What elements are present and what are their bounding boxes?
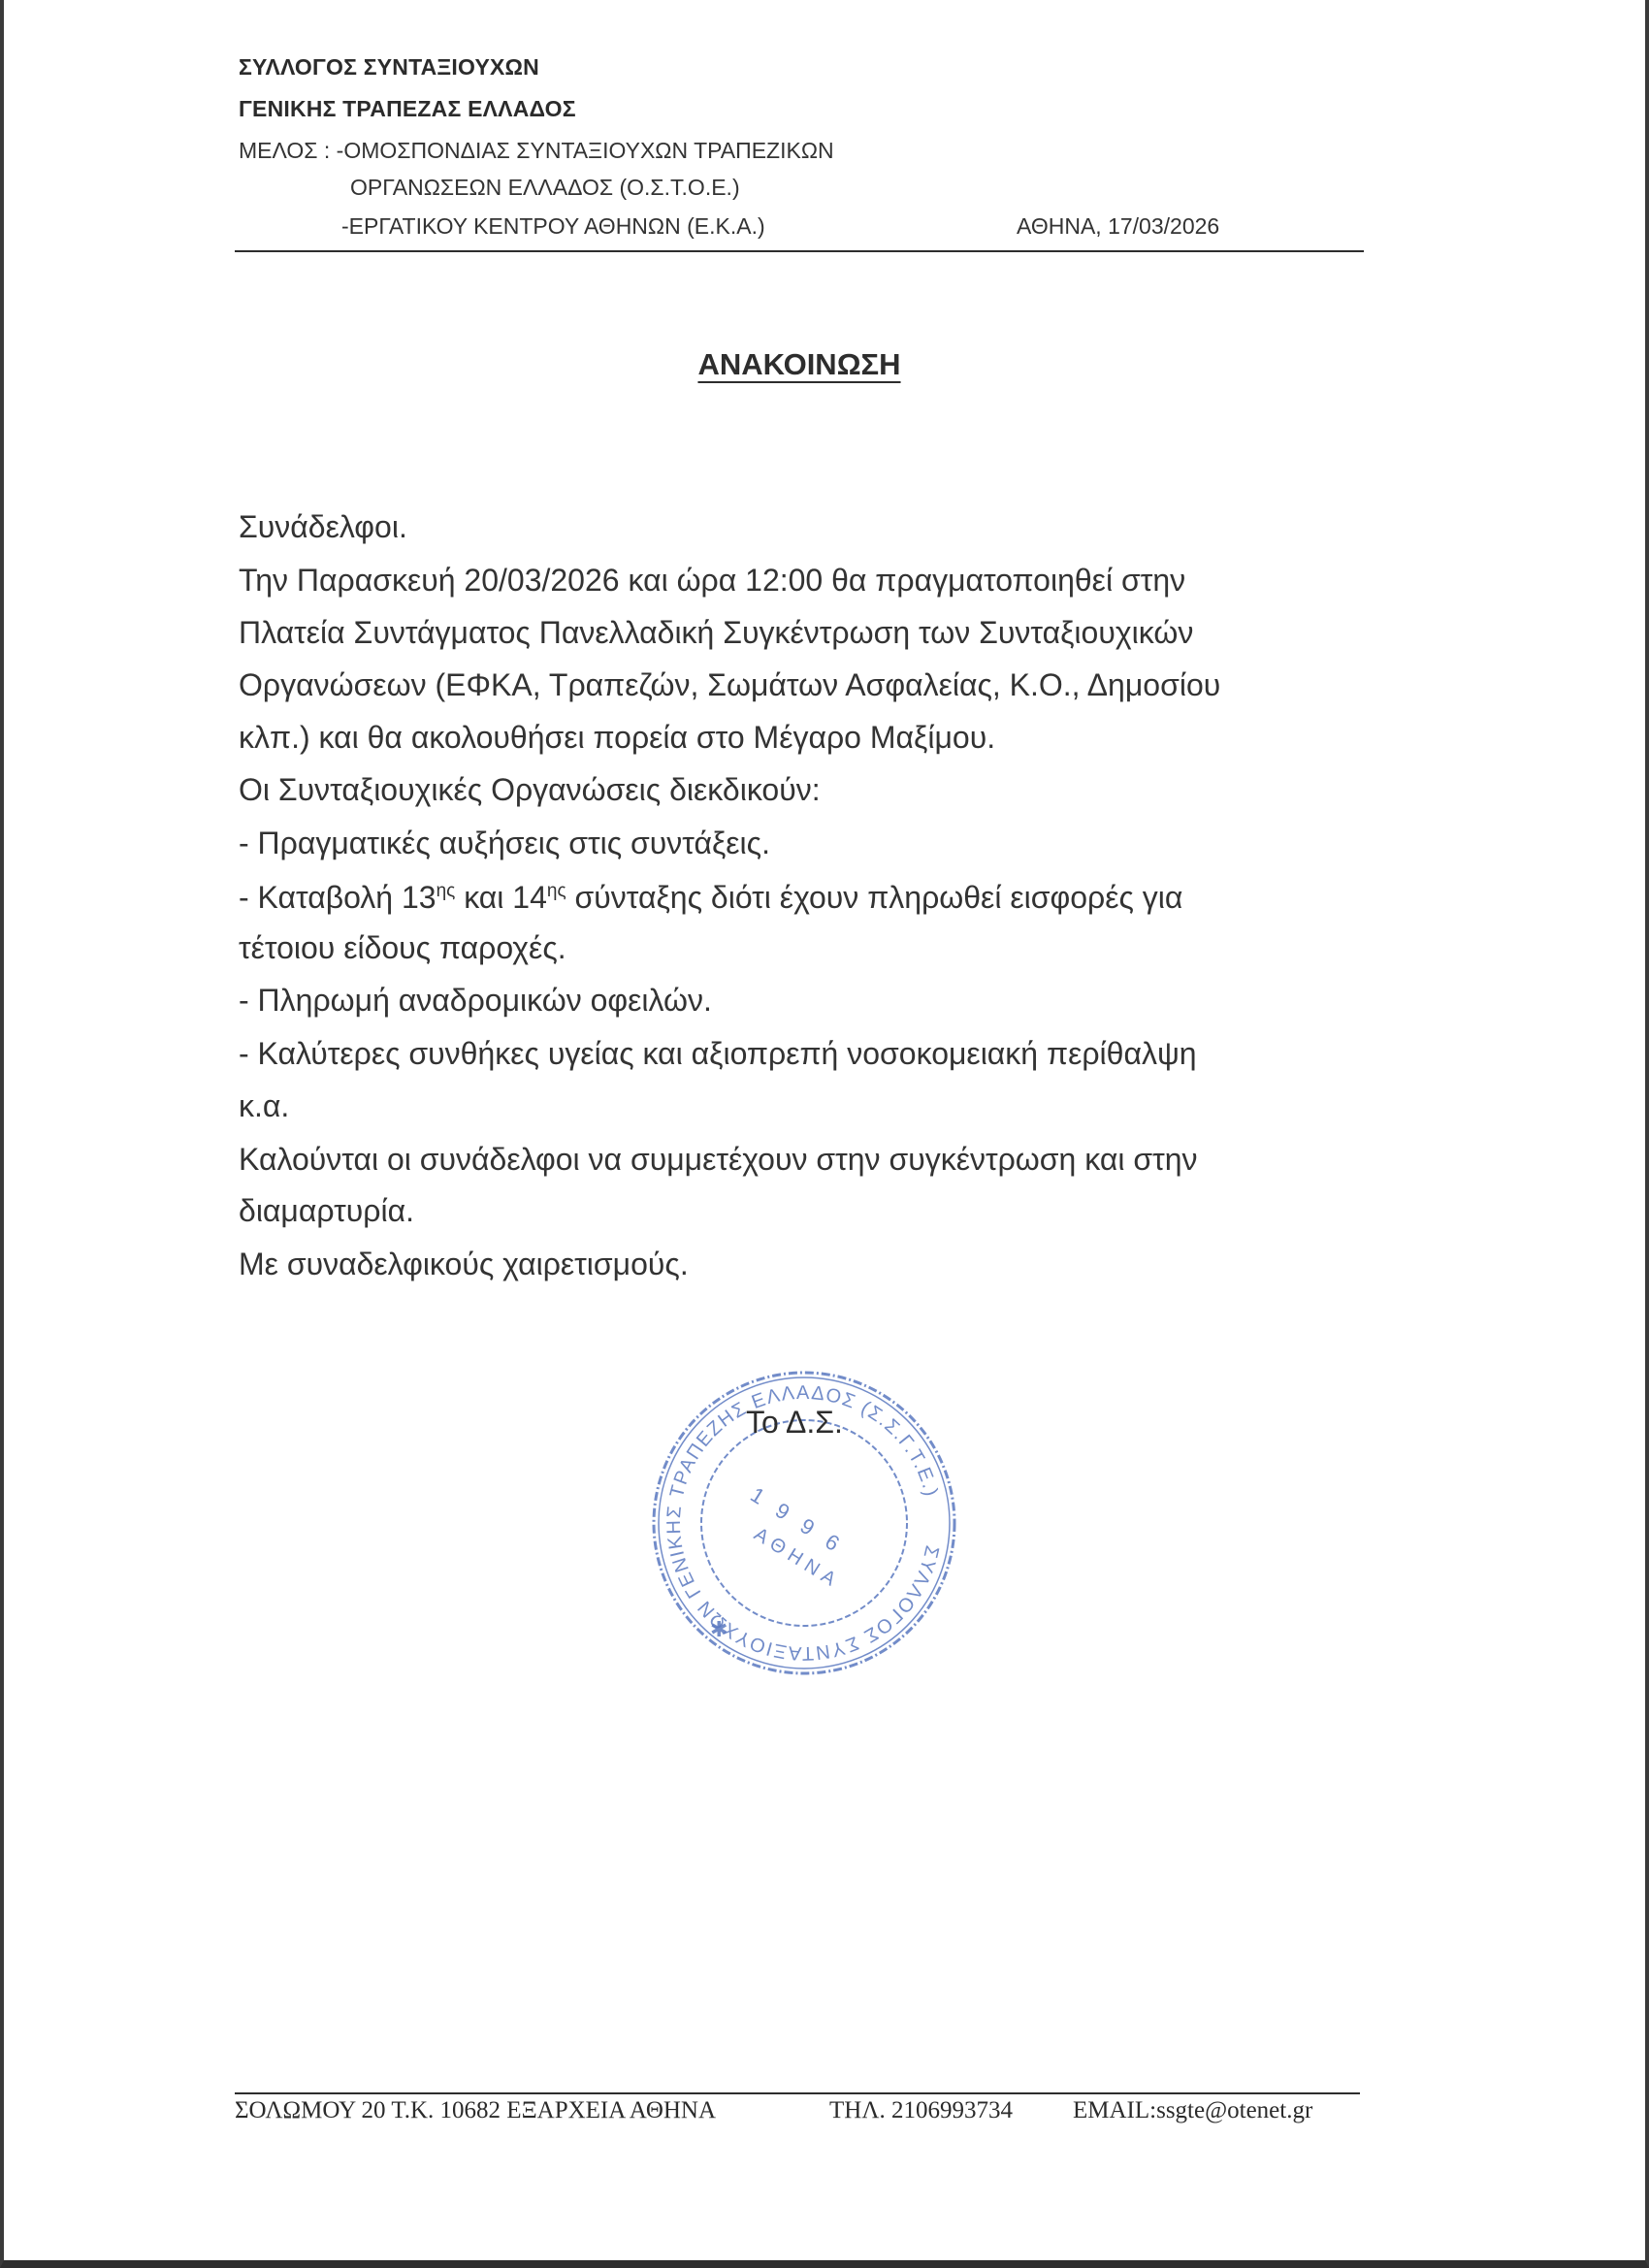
body-line: Την Παρασκευή 20/03/2026 και ώρα 12:00 θ… [239, 561, 1185, 599]
ordinal-suffix: ης [547, 881, 566, 901]
demand-item: - Καλύτερες συνθήκες υγείας και αξιοπρεπ… [239, 1034, 1197, 1073]
place-date: ΑΘΗΝΑ, 17/03/2026 [1017, 213, 1219, 240]
body-line: διαμαρτυρία. [239, 1191, 414, 1230]
membership-line3: -ΕΡΓΑΤΙΚΟΥ ΚΕΝΤΡΟΥ ΑΘΗΝΩΝ (Ε.Κ.Α.) [341, 213, 765, 240]
closing: Με συναδελφικούς χαιρετισμούς. [239, 1245, 689, 1283]
call-to-action: Καλούνται οι συνάδελφοι να συμμετέχουν σ… [239, 1140, 1198, 1179]
membership-line2: ΟΡΓΑΝΩΣΕΩΝ ΕΛΛΑΔΟΣ (Ο.Σ.Τ.Ο.Ε.) [350, 175, 740, 201]
demand-item: - Καταβολή 13ης και 14ης σύνταξης διότι … [239, 878, 1182, 917]
ordinal-suffix: ης [436, 881, 456, 901]
body-line: κ.α. [239, 1086, 289, 1125]
body-line: κλπ.) και θα ακολουθήσει πορεία στο Μέγα… [239, 718, 995, 757]
org-name-line2: ΓΕΝΙΚΗΣ ΤΡΑΠΕΖΑΣ ΕΛΛΑΔΟΣ [239, 96, 576, 122]
body-line: Πλατεία Συντάγματος Πανελλαδική Συγκέντρ… [239, 613, 1193, 652]
footer-divider [235, 2092, 1360, 2094]
demand-text: - Καταβολή 13 [239, 880, 436, 915]
footer-phone: ΤΗΛ. 2106993734 [829, 2097, 1013, 2124]
announcement-title: ΑΝΑΚΟΙΝΩΣΗ [4, 347, 1595, 382]
document-page: ΣΥΛΛΟΓΟΣ ΣΥΝΤΑΞΙΟΥΧΩΝ ΓΕΝΙΚΗΣ ΤΡΑΠΕΖΑΣ Ε… [0, 0, 1649, 2268]
demand-item: - Πληρωμή αναδρομικών οφειλών. [239, 981, 712, 1020]
announcement-title-text: ΑΝΑΚΟΙΝΩΣΗ [697, 347, 900, 381]
demand-text: σύνταξης διότι έχουν πληρωθεί εισφορές γ… [566, 880, 1183, 915]
header-divider [235, 250, 1364, 252]
footer-address: ΣΟΛΩΜΟΥ 20 Τ.Κ. 10682 ΕΞΑΡΧΕΙΑ ΑΘΗΝΑ [235, 2097, 716, 2124]
signature-board: Το Δ.Σ. [746, 1405, 843, 1441]
svg-text:✱: ✱ [710, 1618, 727, 1642]
greeting: Συνάδελφοι. [239, 507, 407, 546]
footer-email: EMAIL:ssgte@otenet.gr [1073, 2097, 1312, 2124]
body-line: Οργανώσεων (ΕΦΚΑ, Τραπεζών, Σωμάτων Ασφα… [239, 665, 1220, 704]
org-name-line1: ΣΥΛΛΟΓΟΣ ΣΥΝΤΑΞΙΟΥΧΩΝ [239, 54, 539, 81]
demand-item: - Πραγματικές αυξήσεις στις συντάξεις. [239, 824, 770, 862]
demand-text: και 14 [455, 880, 547, 915]
demands-intro: Οι Συνταξιουχικές Οργανώσεις διεκδικούν: [239, 770, 821, 809]
membership-line1: ΜΕΛΟΣ : -ΟΜΟΣΠΟΝΔΙΑΣ ΣΥΝΤΑΞΙΟΥΧΩΝ ΤΡΑΠΕΖ… [239, 138, 834, 164]
body-line: τέτοιου είδους παροχές. [239, 928, 566, 967]
